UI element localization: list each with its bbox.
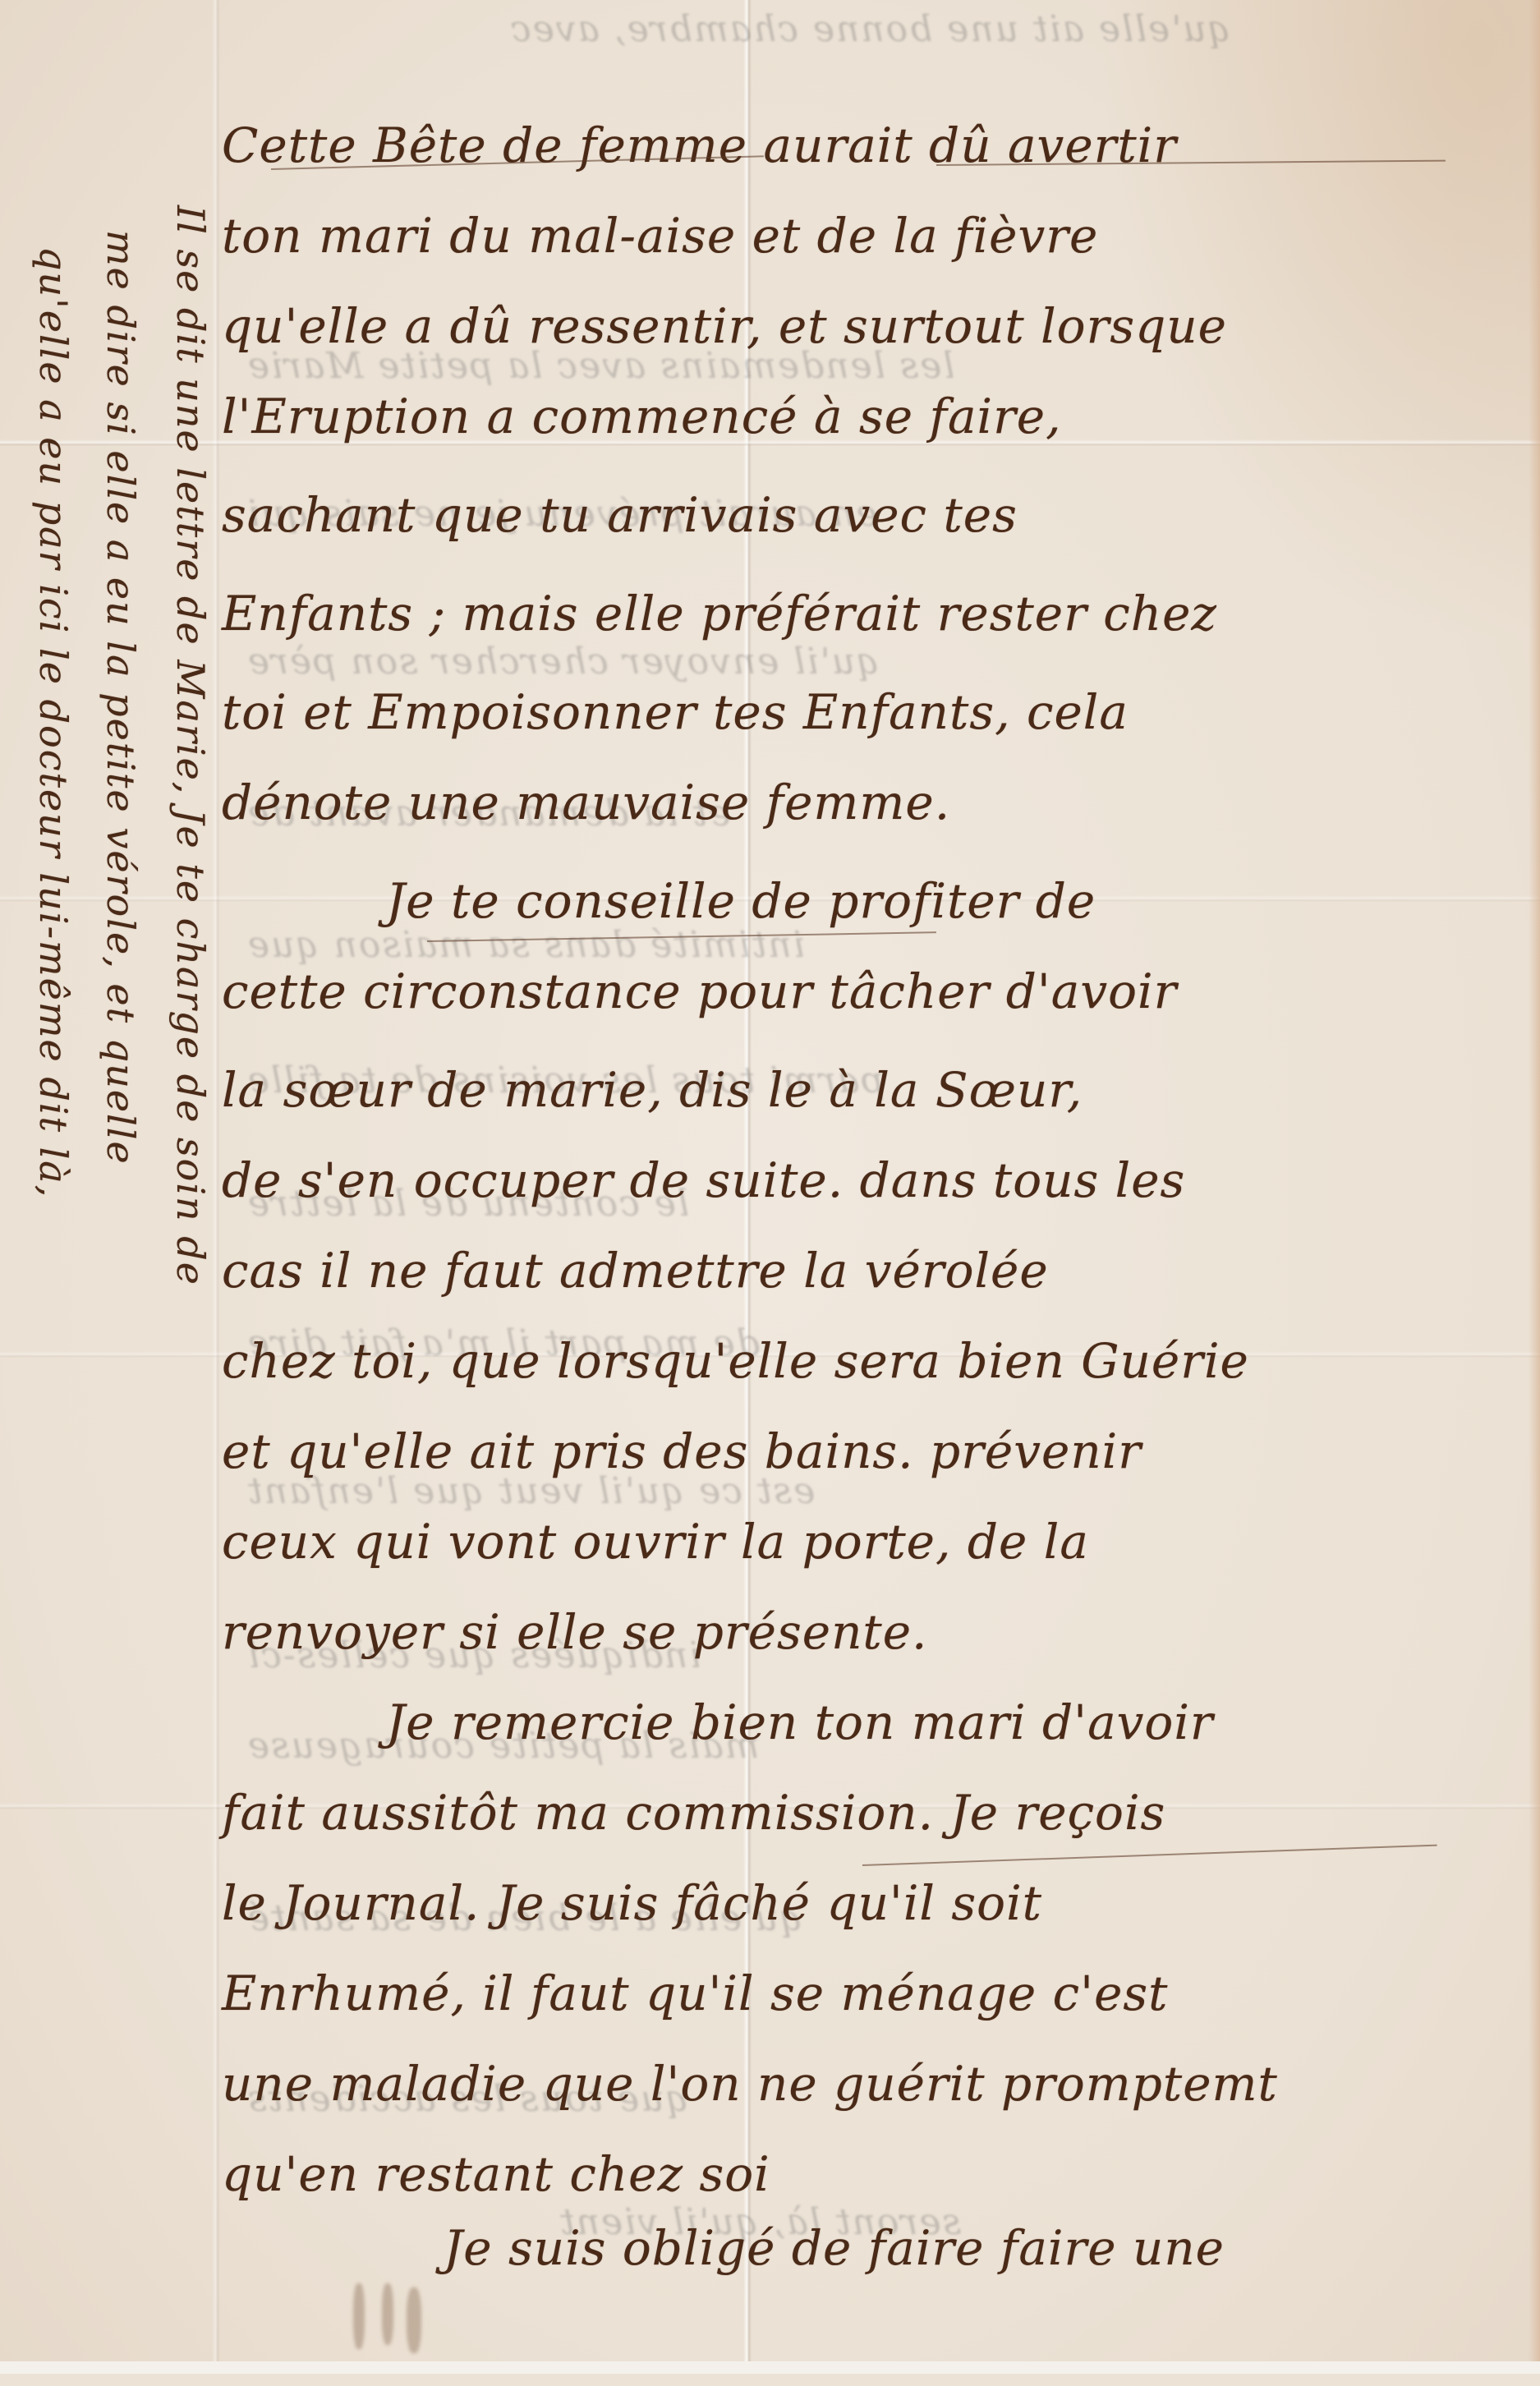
letter-line: le Journal. Je suis fâché qu'il soit	[222, 1879, 1042, 1927]
left-fold-crease	[212, 0, 220, 2374]
ink-smudge	[382, 2283, 393, 2345]
bleed-line: qu'il envoyer chercher son père	[246, 641, 880, 683]
bleed-line: qu'elle ait une bonne chambre, avec	[509, 8, 1231, 50]
ink-smudge	[407, 2287, 421, 2353]
letter-line: la sœur de marie, dis le à la Sœur,	[222, 1066, 1083, 1114]
letter-line-paragraph-start: Je remercie bien ton mari d'avoir	[386, 1699, 1214, 1746]
letter-line: cette circonstance pour tâcher d'avoir	[222, 968, 1177, 1015]
letter-line-paragraph-start: Je suis obligé de faire faire une	[444, 2224, 1225, 2272]
ink-smudge	[353, 2283, 365, 2349]
letter-line: Enrhumé, il faut qu'il se ménage c'est	[222, 1970, 1168, 2017]
letter-line: qu'elle a dû ressentir, et surtout lorsq…	[222, 302, 1227, 350]
letter-line: cas il ne faut admettre la vérolée	[222, 1247, 1049, 1294]
letter-line: l'Eruption a commencé à se faire,	[222, 393, 1062, 440]
margin-note-column: qu'elle a eu par ici le docteur lui-même…	[31, 246, 76, 2259]
letter-line: une maladie que l'on ne guérit promptemt	[222, 2060, 1278, 2108]
letter-line: sachant que tu arrivais avec tes	[222, 491, 1018, 539]
margin-note-column: Il se dit une lettre de Marie, Je te cha…	[168, 205, 213, 2218]
letter-line: et qu'elle ait pris des bains. prévenir	[222, 1427, 1142, 1475]
letter-line-paragraph-start: Je te conseille de profiter de	[386, 877, 1096, 925]
letter-line: ton mari du mal-aise et de la fièvre	[222, 212, 1098, 260]
scan-border	[0, 2361, 1540, 2374]
letter-line: fait aussitôt ma commission. Je reçois	[222, 1789, 1165, 1837]
letter-line: renvoyer si elle se présente.	[222, 1608, 928, 1656]
letter-line: chez toi, que lorsqu'elle sera bien Guér…	[222, 1337, 1249, 1385]
letter-line: Cette Bête de femme aurait dû avertir	[222, 122, 1177, 169]
paper-edge	[1529, 0, 1540, 2374]
letter-line: toi et Empoisonner tes Enfants, cela	[222, 688, 1129, 736]
letter-line: ceux qui vont ouvrir la porte, de la	[222, 1518, 1089, 1565]
letter-line: Enfants ; mais elle préférait rester che…	[222, 590, 1217, 637]
margin-note-column: me dire si elle a eu la petite vérole, e…	[99, 230, 143, 2242]
letter-page: qu'elle ait une bonne chambre, avec les …	[0, 0, 1540, 2374]
pen-stroke	[862, 1845, 1437, 1866]
letter-line: qu'en restant chez soi	[222, 2150, 770, 2198]
letter-line: dénote une mauvaise femme.	[222, 779, 950, 826]
bleed-line: intimité dans sa maison que	[246, 924, 805, 966]
letter-line: de s'en occuper de suite. dans tous les	[222, 1156, 1185, 1204]
